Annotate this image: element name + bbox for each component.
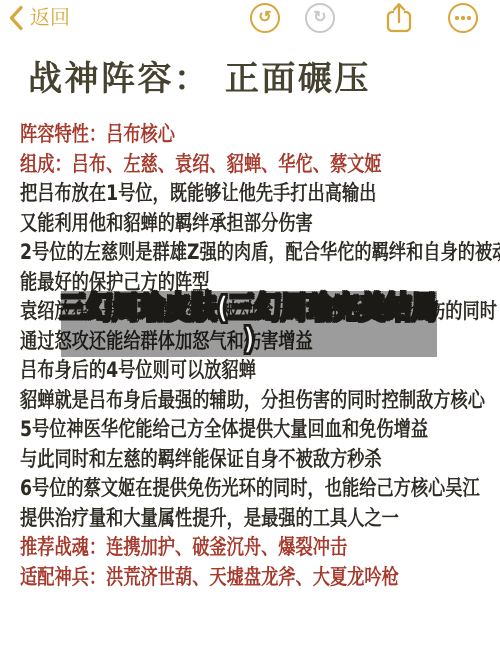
redo-button[interactable]: ↻ [305,3,335,33]
note-line: 适配神兵：洪荒济世葫、天墟盘龙斧、大夏龙吟枪 [20,563,409,593]
chevron-left-icon [8,5,24,31]
note-line: 阵容特性：吕布核心 [20,120,409,150]
more-button[interactable] [448,3,478,33]
note-line: 提供治疗量和大量属性提升，是最强的工具人之一 [20,504,409,534]
note-line: 貂蝉就是吕布身后最强的辅助，分担伤害的同时控制敌方核心 [20,386,409,416]
undo-button[interactable]: ↺ [250,3,280,33]
note-line: 通过怒攻还能给群体加怒气和伤害增益 [20,327,409,357]
note-title: 战神阵容： 正面碾压 [28,51,371,100]
back-button[interactable]: 返回 [8,5,70,31]
share-button[interactable] [384,1,414,35]
undo-icon: ↺ [258,10,271,26]
note-line: 又能利用他和貂蝉的羁绊承担部分伤害 [20,209,409,239]
note-body: 阵容特性：吕布核心 组成：吕布、左慈、袁绍、貂蝉、华佗、蔡文姬 把吕布放在1号位… [20,120,494,592]
note-line: 5号位神医华佗能给己方全体提供大量回血和免伤增益 [20,415,409,445]
note-line: 能最好的保护己方的阵型 [20,268,409,298]
redo-icon: ↻ [313,10,326,26]
note-line: 袁绍放在3号位，靠羁绊和被动给己方全体队友提供免伤的同时 [20,297,409,327]
share-icon [384,1,414,35]
notes-app-screen: 返回 ↺ ↻ 战神阵容： 正面碾压 阵容特性：吕布核心 组成：吕布、左慈、袁绍、… [0,0,500,652]
note-line: 推荐战魂：连携加护、破釜沉舟、爆裂冲击 [20,533,409,563]
note-line: 与此同时和左慈的羁绊能保证自身不被敌方秒杀 [20,445,409,475]
note-line: 把吕布放在1号位，既能够让他先手打出高输出 [20,179,409,209]
note-line: 6号位的蔡文姬在提供免伤光环的同时，也能给己方核心吴江 [20,474,409,504]
note-line: 吕布身后的4号位则可以放貂蝉 [20,356,409,386]
note-line: 2号位的左慈则是群雄Z强的肉盾，配合华佗的羁绊和自身的被动 [20,238,409,268]
back-button-label: 返回 [30,5,70,31]
ellipsis-icon [455,16,471,20]
toolbar: 返回 ↺ ↻ [0,0,500,40]
note-line: 组成：吕布、左慈、袁绍、貂蝉、华佗、蔡文姬 [20,150,409,180]
